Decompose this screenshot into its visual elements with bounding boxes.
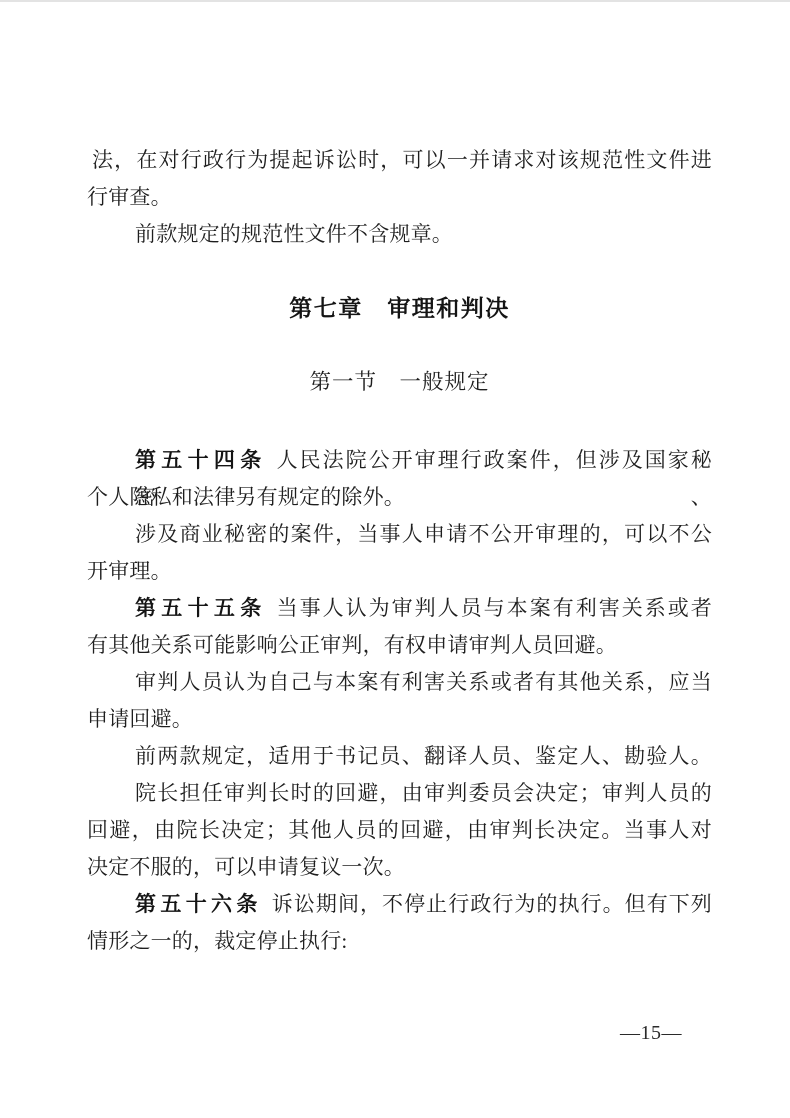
article-number: 第五十六条 xyxy=(135,893,262,916)
text-line: 第五十五条当事人认为审判人员与本案有利害关系或者 xyxy=(87,590,712,627)
article-text: 诉讼期间，不停止行政行为的执行。但有下列 xyxy=(272,892,712,916)
text-line: 决定不服的，可以申请复议一次。 xyxy=(87,849,712,886)
document-text-block: 法，在对行政行为提起诉讼时，可以一并请求对该规范性文件进 行审查。 前款规定的规… xyxy=(87,142,712,960)
text-line: 行审查。 xyxy=(87,179,712,216)
text-line: 情形之一的，裁定停止执行: xyxy=(87,923,712,960)
text-line: 前款规定的规范性文件不含规章。 xyxy=(87,216,712,253)
text-line: 涉及商业秘密的案件，当事人申请不公开审理的，可以不公 xyxy=(87,516,712,553)
document-page: 法，在对行政行为提起诉讼时，可以一并请求对该规范性文件进 行审查。 前款规定的规… xyxy=(0,0,790,1118)
text-line: 有其他关系可能影响公正审判，有权申请审判人员回避。 xyxy=(87,627,712,664)
text-line: 审判人员认为自己与本案有利害关系或者有其他关系，应当 xyxy=(87,664,712,701)
article-number: 第五十五条 xyxy=(135,597,267,620)
text-line: 法，在对行政行为提起诉讼时，可以一并请求对该规范性文件进 xyxy=(87,142,712,179)
text-line: 院长担任审判长时的回避，由审判委员会决定；审判人员的 xyxy=(87,775,712,812)
text-line: 第五十六条诉讼期间，不停止行政行为的执行。但有下列 xyxy=(87,886,712,923)
scan-artifact-top-edge xyxy=(0,0,790,2)
text-line: 第五十四条人民法院公开审理行政案件，但涉及国家秘密、 xyxy=(87,442,712,479)
article-number: 第五十四条 xyxy=(135,449,267,472)
text-line: 前两款规定，适用于书记员、翻译人员、鉴定人、勘验人。 xyxy=(87,738,712,775)
page-number: —15— xyxy=(620,1022,682,1044)
chapter-heading: 第七章 审理和判决 xyxy=(87,290,712,327)
section-heading: 第一节 一般规定 xyxy=(87,364,712,401)
article-text: 当事人认为审判人员与本案有利害关系或者 xyxy=(277,596,712,620)
text-line: 开审理。 xyxy=(87,553,712,590)
text-line: 回避，由院长决定；其他人员的回避，由审判长决定。当事人对 xyxy=(87,812,712,849)
text-line: 申请回避。 xyxy=(87,701,712,738)
